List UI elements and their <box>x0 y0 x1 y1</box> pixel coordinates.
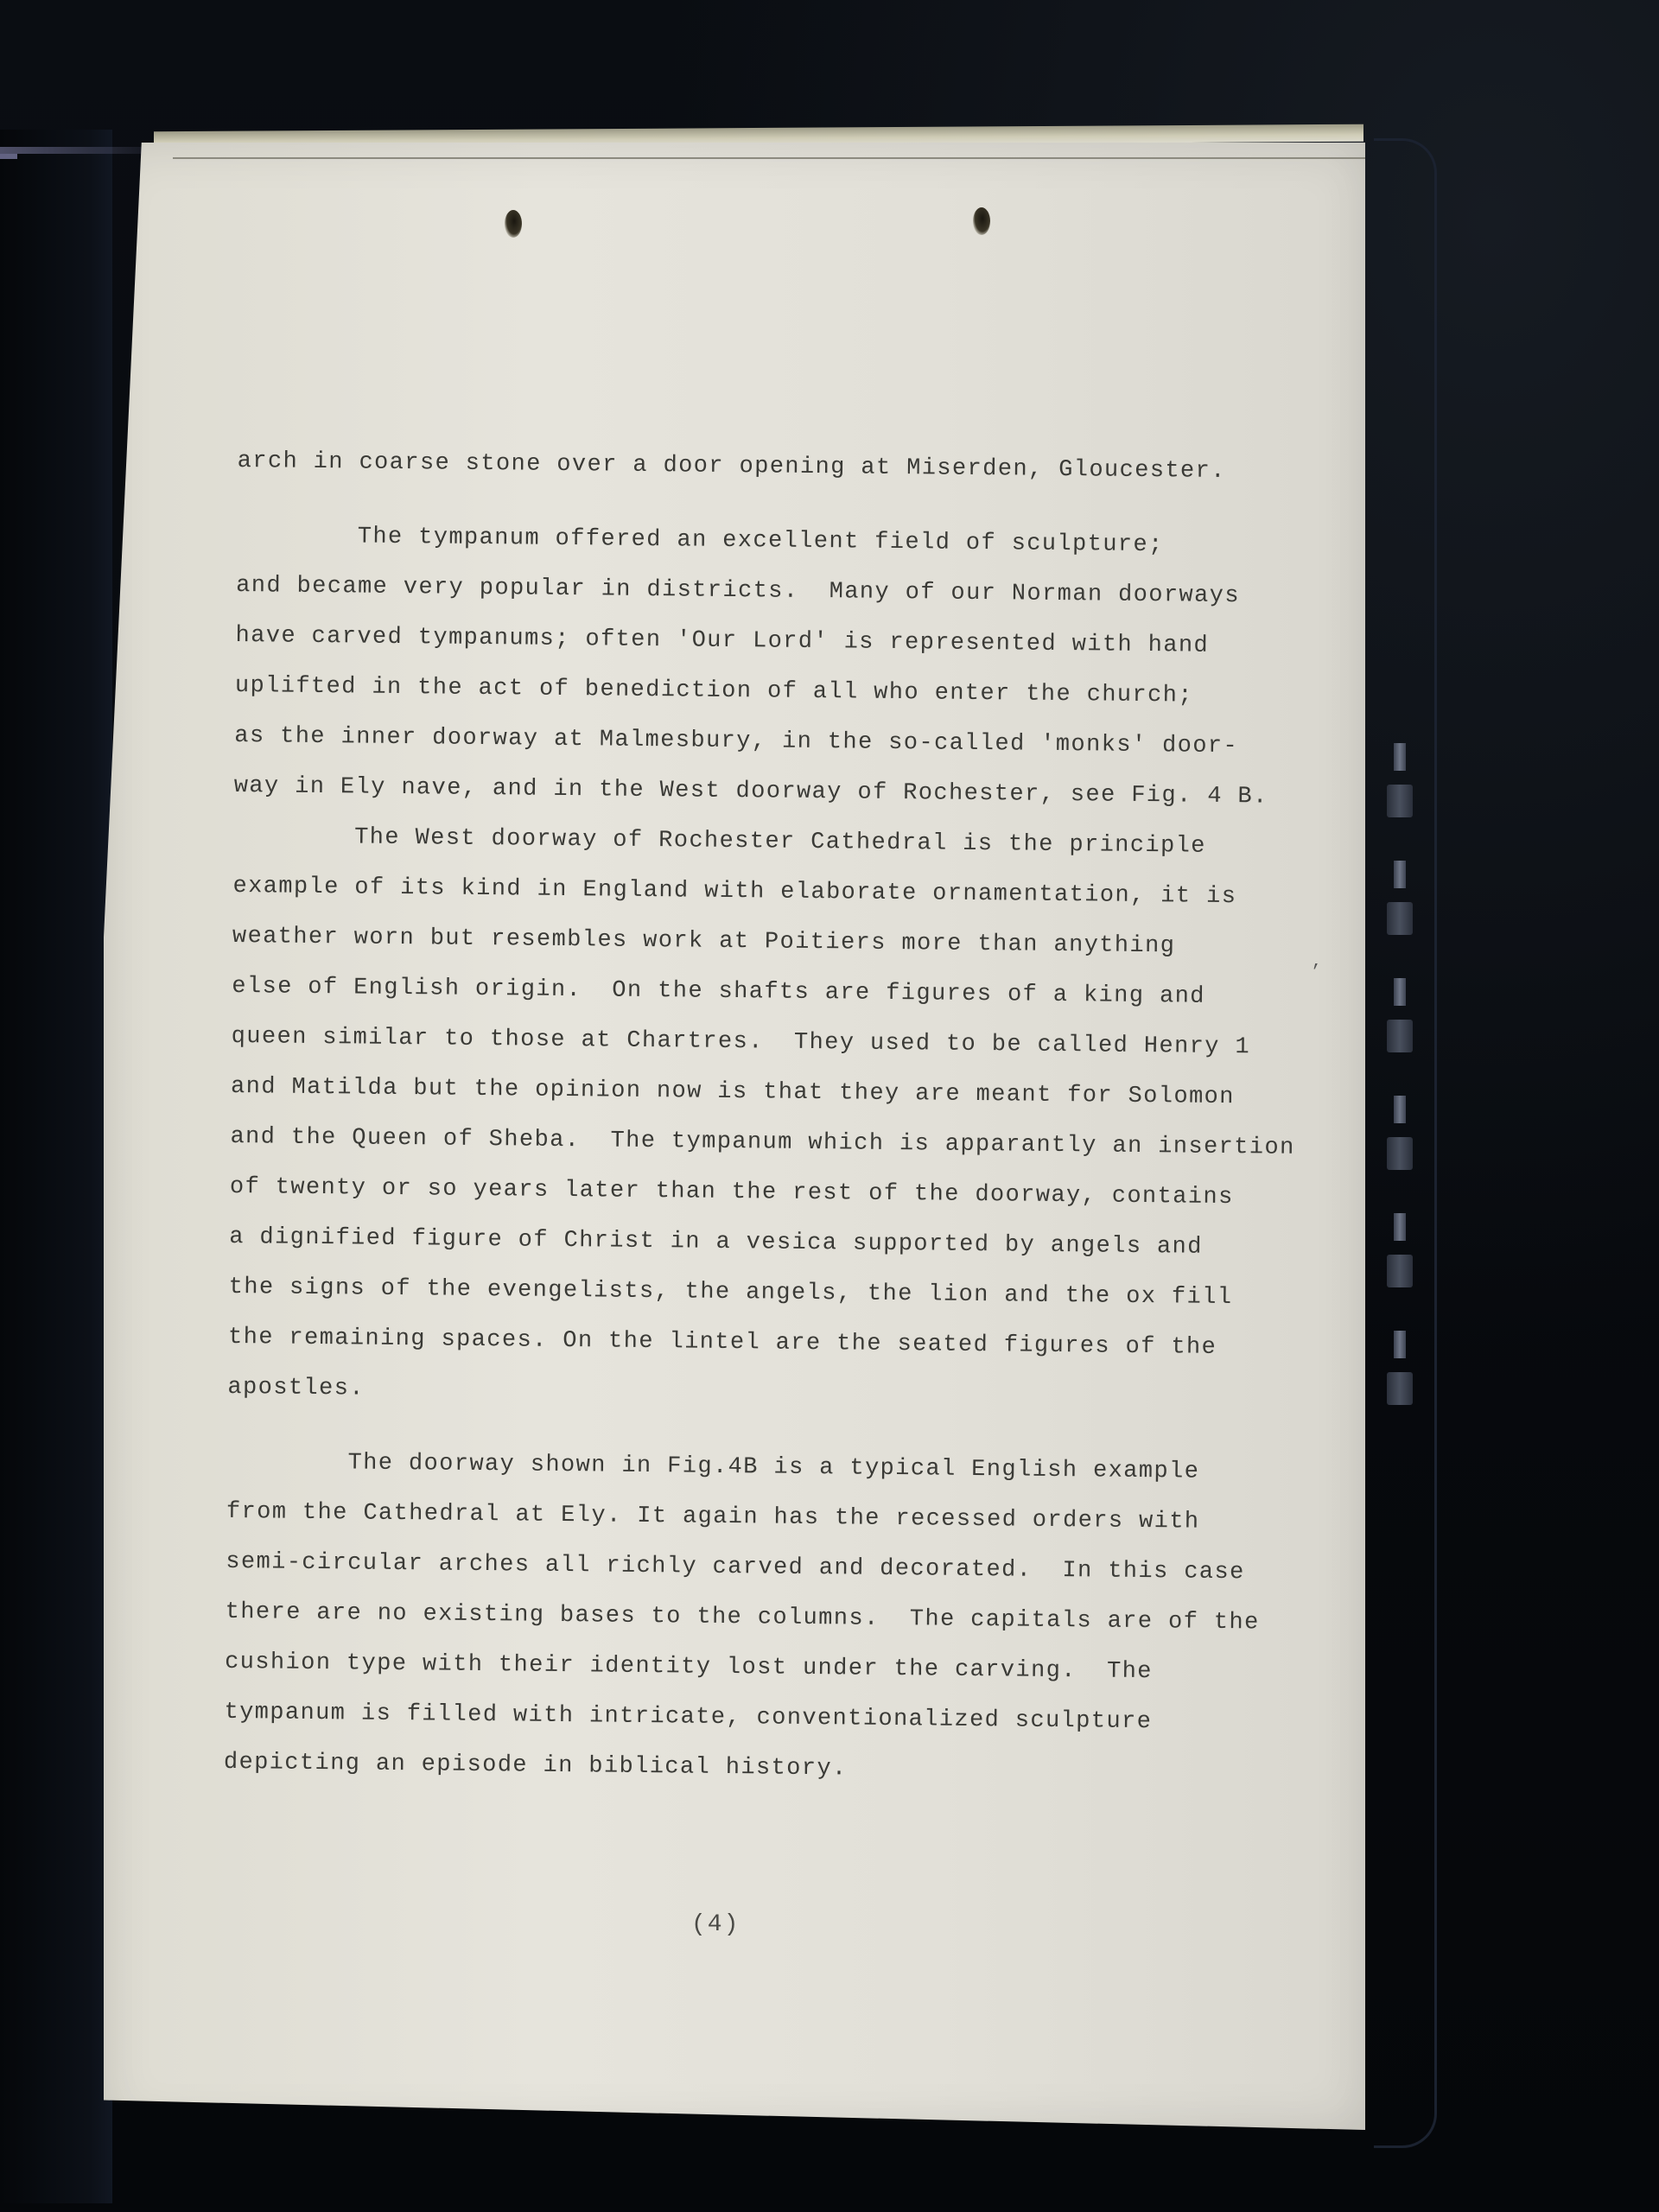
binder-post-icon <box>1394 861 1406 888</box>
light-glint <box>0 154 17 159</box>
binder-ring-icon <box>1387 1137 1413 1170</box>
punch-hole-icon <box>973 207 990 235</box>
binder-ring-icon <box>1387 1255 1413 1287</box>
binder-post-icon <box>1394 1096 1406 1123</box>
binder-post-icon <box>1394 743 1406 771</box>
punch-hole-icon <box>505 210 522 238</box>
binder-ring-icon <box>1387 902 1413 935</box>
binder-ring-icon <box>1387 1372 1413 1405</box>
page-number: (4) <box>691 1911 740 1938</box>
binder-ring-icon <box>1387 1020 1413 1052</box>
binder-cover-left <box>0 130 112 2203</box>
binder-post-icon <box>1394 1331 1406 1358</box>
paragraph: The doorway shown in Fig.4B is a typical… <box>224 1437 1351 1800</box>
binder-ring-icon <box>1387 785 1413 817</box>
paragraph: The West doorway of Rochester Cathedral … <box>227 811 1357 1425</box>
binder-post-icon <box>1394 978 1406 1006</box>
binder-spine-rings <box>1387 743 1413 1538</box>
light-glint <box>0 147 156 154</box>
binder-post-icon <box>1394 1213 1406 1241</box>
paragraph: The tympanum offered an excellent field … <box>233 511 1360 823</box>
typewritten-body: arch in coarse stone over a door opening… <box>224 436 1361 1800</box>
page-top-fold-line <box>173 157 1365 159</box>
stray-ink-mark: , <box>1312 952 1322 972</box>
